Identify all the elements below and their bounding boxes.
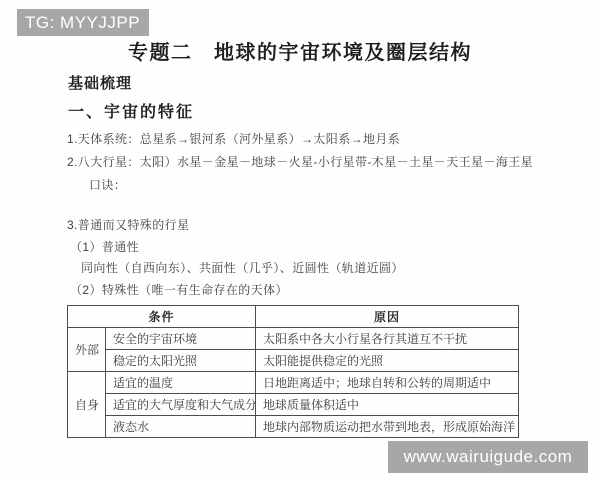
watermark-top-banner: TG: MYYJJPP bbox=[17, 9, 149, 36]
section-heading: 基础梳理 bbox=[68, 72, 132, 93]
reason-cell: 太阳能提供稳定的光照 bbox=[256, 350, 519, 372]
mnemonic-line: 口诀： bbox=[89, 176, 126, 193]
table-row: 稳定的太阳光照 太阳能提供稳定的光照 bbox=[68, 350, 519, 372]
header-reason: 原因 bbox=[256, 306, 519, 328]
condition-cell: 液态水 bbox=[106, 416, 256, 438]
watermark-top-text: TG: MYYJJPP bbox=[25, 13, 140, 33]
group-label-external: 外部 bbox=[68, 328, 106, 372]
table-row: 适宜的大气厚度和大气成分 地球质量体积适中 bbox=[68, 394, 519, 416]
subsection-heading: 一、宇宙的特征 bbox=[68, 99, 194, 122]
condition-cell: 适宜的温度 bbox=[106, 372, 256, 394]
condition-cell: 安全的宇宙环境 bbox=[106, 328, 256, 350]
condition-cell: 适宜的大气厚度和大气成分 bbox=[106, 394, 256, 416]
table-row: 自身 适宜的温度 日地距离适中；地球自转和公转的周期适中 bbox=[68, 372, 519, 394]
commonness-line: （1）普通性 bbox=[70, 238, 139, 255]
special-planet-line: 3.普通而又特殊的行星 bbox=[67, 216, 189, 233]
header-condition: 条件 bbox=[68, 306, 256, 328]
celestial-systems-line: 1.天体系统：总星系→银河系（河外星系）→太阳系→地月系 bbox=[67, 130, 400, 147]
specialness-line: （2）特殊性（唯一有生命存在的天体） bbox=[70, 281, 288, 298]
table-row: 外部 安全的宇宙环境 太阳系中各大小行星各行其道互不干扰 bbox=[68, 328, 519, 350]
eight-planets-line: 2.八大行星：太阳）水星－金星－地球－火星-小行星带-木星－土星－天王星－海王星 bbox=[67, 153, 533, 170]
watermark-bottom-banner: www.wairuigude.com bbox=[388, 441, 588, 473]
table-header-row: 条件 原因 bbox=[68, 306, 519, 328]
reason-cell: 地球质量体积适中 bbox=[256, 394, 519, 416]
document-page: TG: MYYJJPP 专题二 地球的宇宙环境及圈层结构 基础梳理 一、宇宙的特… bbox=[0, 0, 600, 480]
earth-life-conditions-table: 条件 原因 外部 安全的宇宙环境 太阳系中各大小行星各行其道互不干扰 稳定的太阳… bbox=[67, 305, 519, 438]
group-label-self: 自身 bbox=[68, 372, 106, 438]
reason-cell: 日地距离适中；地球自转和公转的周期适中 bbox=[256, 372, 519, 394]
reason-cell: 地球内部物质运动把水带到地表，形成原始海洋 bbox=[256, 416, 519, 438]
condition-cell: 稳定的太阳光照 bbox=[106, 350, 256, 372]
watermark-bottom-text: www.wairuigude.com bbox=[404, 447, 573, 467]
reason-cell: 太阳系中各大小行星各行其道互不干扰 bbox=[256, 328, 519, 350]
table-row: 液态水 地球内部物质运动把水带到地表，形成原始海洋 bbox=[68, 416, 519, 438]
page-title: 专题二 地球的宇宙环境及圈层结构 bbox=[10, 36, 590, 65]
commonness-detail-line: 同向性（自西向东）、共面性（几乎）、近圆性（轨道近圆） bbox=[81, 259, 404, 276]
